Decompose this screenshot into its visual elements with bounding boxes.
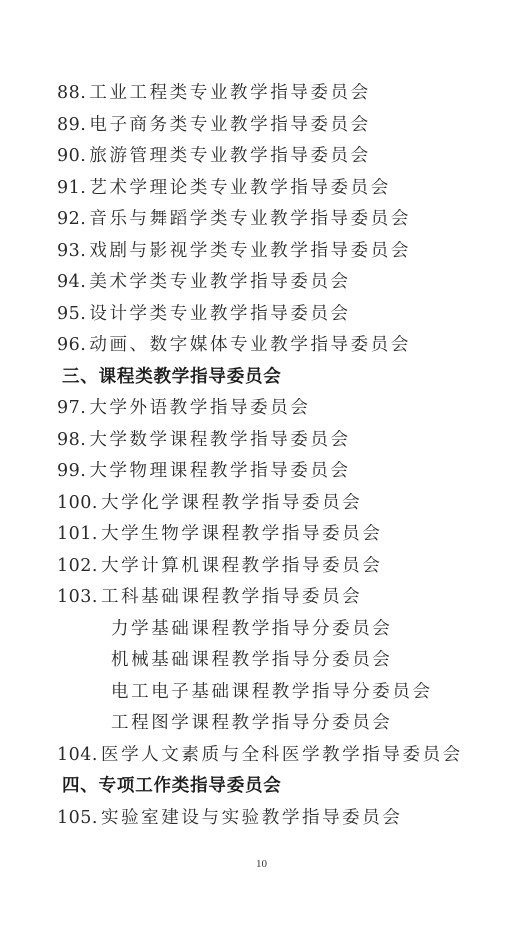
item-text: 艺术学理论类专业教学指导委员会 [89,178,391,198]
sub-committee-item: 电工电子基础课程教学指导分委员会 [111,677,433,707]
item-text: 美术学类专业教学指导委员会 [89,272,350,292]
list-item: 97.大学外语教学指导委员会 [57,393,310,423]
item-number: 93. [57,241,86,261]
section-heading: 四、专项工作类指导委员会 [62,771,282,801]
item-text: 大学物理课程教学指导委员会 [89,461,350,481]
item-number: 97. [57,398,86,418]
list-item: 104.医学人文素质与全科医学教学指导委员会 [57,740,463,770]
item-text: 设计学类专业教学指导委员会 [89,304,350,324]
list-item: 90.旅游管理类专业教学指导委员会 [57,141,371,171]
list-item: 103.工科基础课程教学指导委员会 [57,582,362,612]
sub-committee-item: 力学基础课程教学指导分委员会 [111,614,392,644]
item-text: 音乐与舞蹈学类专业教学指导委员会 [89,209,411,229]
section-heading: 三、课程类教学指导委员会 [62,362,282,392]
list-item: 88.工业工程类专业教学指导委员会 [57,78,371,108]
item-number: 88. [57,83,86,103]
item-text: 工业工程类专业教学指导委员会 [89,83,370,103]
item-text: 大学数学课程教学指导委员会 [89,430,350,450]
item-number: 99. [57,461,86,481]
item-text: 大学外语教学指导委员会 [89,398,310,418]
item-number: 103. [57,587,98,607]
list-item: 91.艺术学理论类专业教学指导委员会 [57,173,391,203]
list-item: 105.实验室建设与实验教学指导委员会 [57,803,402,833]
sub-committee-item: 机械基础课程教学指导分委员会 [111,645,392,675]
item-number: 92. [57,209,86,229]
item-number: 102. [57,556,98,576]
list-item: 95.设计学类专业教学指导委员会 [57,299,351,329]
list-item: 96.动画、数字媒体专业教学指导委员会 [57,330,411,360]
item-number: 105. [57,808,98,828]
list-item: 92.音乐与舞蹈学类专业教学指导委员会 [57,204,411,234]
item-number: 100. [57,493,98,513]
item-text: 大学化学课程教学指导委员会 [101,493,362,513]
item-text: 旅游管理类专业教学指导委员会 [89,146,370,166]
page-number: 10 [0,858,523,870]
item-number: 96. [57,335,86,355]
item-number: 89. [57,115,86,135]
item-number: 101. [57,524,98,544]
list-item: 89.电子商务类专业教学指导委员会 [57,110,371,140]
item-number: 94. [57,272,86,292]
list-item: 94.美术学类专业教学指导委员会 [57,267,351,297]
list-item: 93.戏剧与影视学类专业教学指导委员会 [57,236,411,266]
item-text: 工科基础课程教学指导委员会 [101,587,362,607]
item-number: 91. [57,178,86,198]
item-number: 98. [57,430,86,450]
item-number: 104. [57,745,98,765]
item-text: 动画、数字媒体专业教学指导委员会 [89,335,411,355]
list-item: 100.大学化学课程教学指导委员会 [57,488,362,518]
list-item: 99.大学物理课程教学指导委员会 [57,456,351,486]
item-text: 大学生物学课程教学指导委员会 [101,524,382,544]
list-item: 98.大学数学课程教学指导委员会 [57,425,351,455]
document-page: 88.工业工程类专业教学指导委员会 89.电子商务类专业教学指导委员会 90.旅… [0,0,523,929]
item-text: 戏剧与影视学类专业教学指导委员会 [89,241,411,261]
item-text: 医学人文素质与全科医学教学指导委员会 [101,745,463,765]
item-text: 大学计算机课程教学指导委员会 [101,556,382,576]
item-number: 95. [57,304,86,324]
sub-committee-item: 工程图学课程教学指导分委员会 [111,708,392,738]
item-text: 电子商务类专业教学指导委员会 [89,115,370,135]
list-item: 102.大学计算机课程教学指导委员会 [57,551,382,581]
list-item: 101.大学生物学课程教学指导委员会 [57,519,382,549]
item-number: 90. [57,146,86,166]
item-text: 实验室建设与实验教学指导委员会 [101,808,403,828]
